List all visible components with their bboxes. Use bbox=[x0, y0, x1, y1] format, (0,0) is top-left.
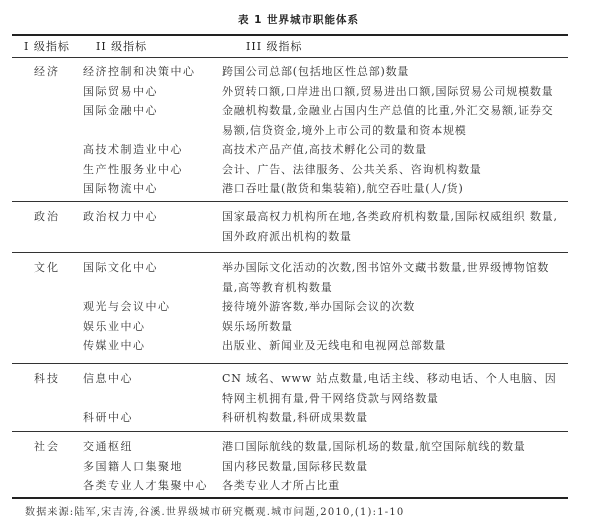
source-note: 数据来源:陆军,宋吉涛,谷溪.世界级城市研究概观.城市问题,2010,(1):1… bbox=[25, 503, 405, 518]
group-divider bbox=[12, 431, 568, 432]
level3-text: 跨国公司总部(包括地区性总部)数量 bbox=[222, 62, 562, 82]
level2-label: 信息中心 bbox=[83, 369, 133, 388]
header-bottom-rule bbox=[12, 57, 568, 58]
level2-label: 国际金融中心 bbox=[83, 101, 158, 120]
level2-label: 高技术制造业中心 bbox=[83, 140, 183, 159]
header-level1: I 级指标 bbox=[24, 38, 70, 54]
level3-text: 高技术产品产值,高技术孵化公司的数量 bbox=[222, 140, 562, 160]
group-divider bbox=[12, 201, 568, 202]
table-bottom-rule bbox=[12, 497, 568, 499]
level3-text: 港口吞吐量(散货和集装箱),航空吞吐量(人/货) bbox=[222, 179, 562, 199]
level3-text: 国家最高权力机构所在地,各类政府机构数量,国际权威组织 数量,国外政府派出机构的… bbox=[222, 207, 562, 246]
level3-text: 会计、广告、法律服务、公共关系、咨询机构数量 bbox=[222, 160, 562, 180]
level2-label: 观光与会议中心 bbox=[83, 297, 171, 316]
level1-label: 政治 bbox=[34, 207, 60, 226]
level2-label: 交通枢纽 bbox=[83, 437, 133, 456]
group-divider bbox=[12, 252, 568, 253]
level3-text: 港口国际航线的数量,国际机场的数量,航空国际航线的数量 bbox=[222, 437, 562, 457]
level2-label: 各类专业人才集聚中心 bbox=[83, 476, 208, 495]
level2-label: 国际文化中心 bbox=[83, 258, 158, 277]
level3-text: 国内移民数量,国际移民数量 bbox=[222, 457, 562, 477]
level2-label: 娱乐业中心 bbox=[83, 317, 146, 336]
level3-text: CN 域名、www 站点数量,电话主线、移动电话、个人电脑、因特网主机拥有量,骨… bbox=[222, 369, 562, 408]
level1-label: 社会 bbox=[34, 437, 60, 456]
level2-label: 传媒业中心 bbox=[83, 336, 146, 355]
level3-text: 接待境外游客数,举办国际会议的次数 bbox=[222, 297, 562, 317]
level2-label: 经济控制和决策中心 bbox=[83, 62, 196, 81]
group-divider bbox=[12, 363, 568, 364]
level2-label: 科研中心 bbox=[83, 408, 133, 427]
level1-label: 文化 bbox=[34, 258, 60, 277]
level2-label: 政治权力中心 bbox=[83, 207, 158, 226]
level1-label: 科技 bbox=[34, 369, 60, 388]
table-top-rule bbox=[12, 34, 568, 36]
level2-label: 多国籍人口集聚地 bbox=[83, 457, 183, 476]
header-level2: II 级指标 bbox=[96, 38, 147, 54]
level1-label: 经济 bbox=[34, 62, 60, 81]
level3-text: 各类专业人才所占比重 bbox=[222, 476, 562, 496]
level2-label: 生产性服务业中心 bbox=[83, 160, 183, 179]
header-level3: III 级指标 bbox=[246, 38, 303, 54]
level2-label: 国际贸易中心 bbox=[83, 82, 158, 101]
level3-text: 金融机构数量,金融业占国内生产总值的比重,外汇交易额,证券交易额,信贷资金,境外… bbox=[222, 101, 562, 140]
level2-label: 国际物流中心 bbox=[83, 179, 158, 198]
level3-text: 举办国际文化活动的次数,图书馆外文藏书数量,世界级博物馆数量,高等教育机构数量 bbox=[222, 258, 562, 297]
level3-text: 出版业、新闻业及无线电和电视网总部数量 bbox=[222, 336, 562, 356]
level3-text: 外贸转口额,口岸进出口额,贸易进出口额,国际贸易公司规模数量 bbox=[222, 82, 562, 102]
level3-text: 科研机构数量,科研成果数量 bbox=[222, 408, 562, 428]
table-caption: 表 1 世界城市职能体系 bbox=[0, 12, 597, 27]
level3-text: 娱乐场所数量 bbox=[222, 317, 562, 337]
